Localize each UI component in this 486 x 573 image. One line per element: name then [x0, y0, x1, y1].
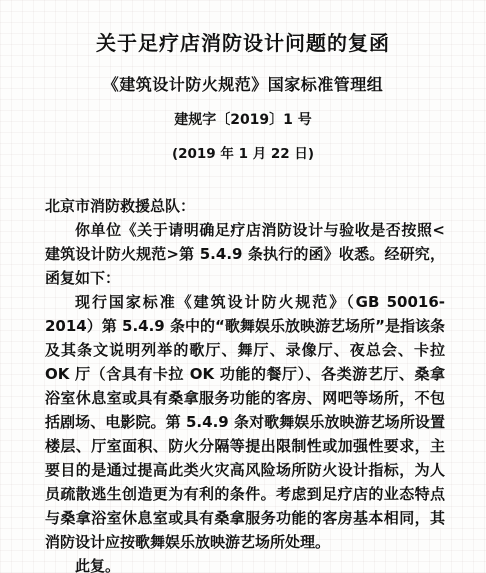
document-title: 关于足疗店消防设计问题的复函 — [0, 0, 486, 56]
doc-date-line: (2019 年 1 月 22 日) — [0, 142, 486, 162]
addressee-line: 北京市消防救援总队： — [45, 194, 445, 218]
doc-number-line: 建规字〔2019〕1 号 — [0, 109, 486, 129]
body-paragraph: 现行国家标准《建筑设计防火规范》（GB 50016-2014）第 5.4.9 条… — [45, 290, 445, 554]
document-page: 关于足疗店消防设计问题的复函 《建筑设计防火规范》国家标准管理组 建规字〔201… — [0, 0, 486, 573]
issuer-line: 《建筑设计防火规范》国家标准管理组 — [0, 72, 486, 95]
body-paragraph: 此复。 — [45, 554, 445, 573]
document-body: 北京市消防救援总队： 你单位《关于请明确足疗店消防设计与验收是否按照<建筑设计防… — [45, 194, 445, 573]
body-paragraph: 你单位《关于请明确足疗店消防设计与验收是否按照<建筑设计防火规范>第 5.4.9… — [45, 218, 445, 290]
